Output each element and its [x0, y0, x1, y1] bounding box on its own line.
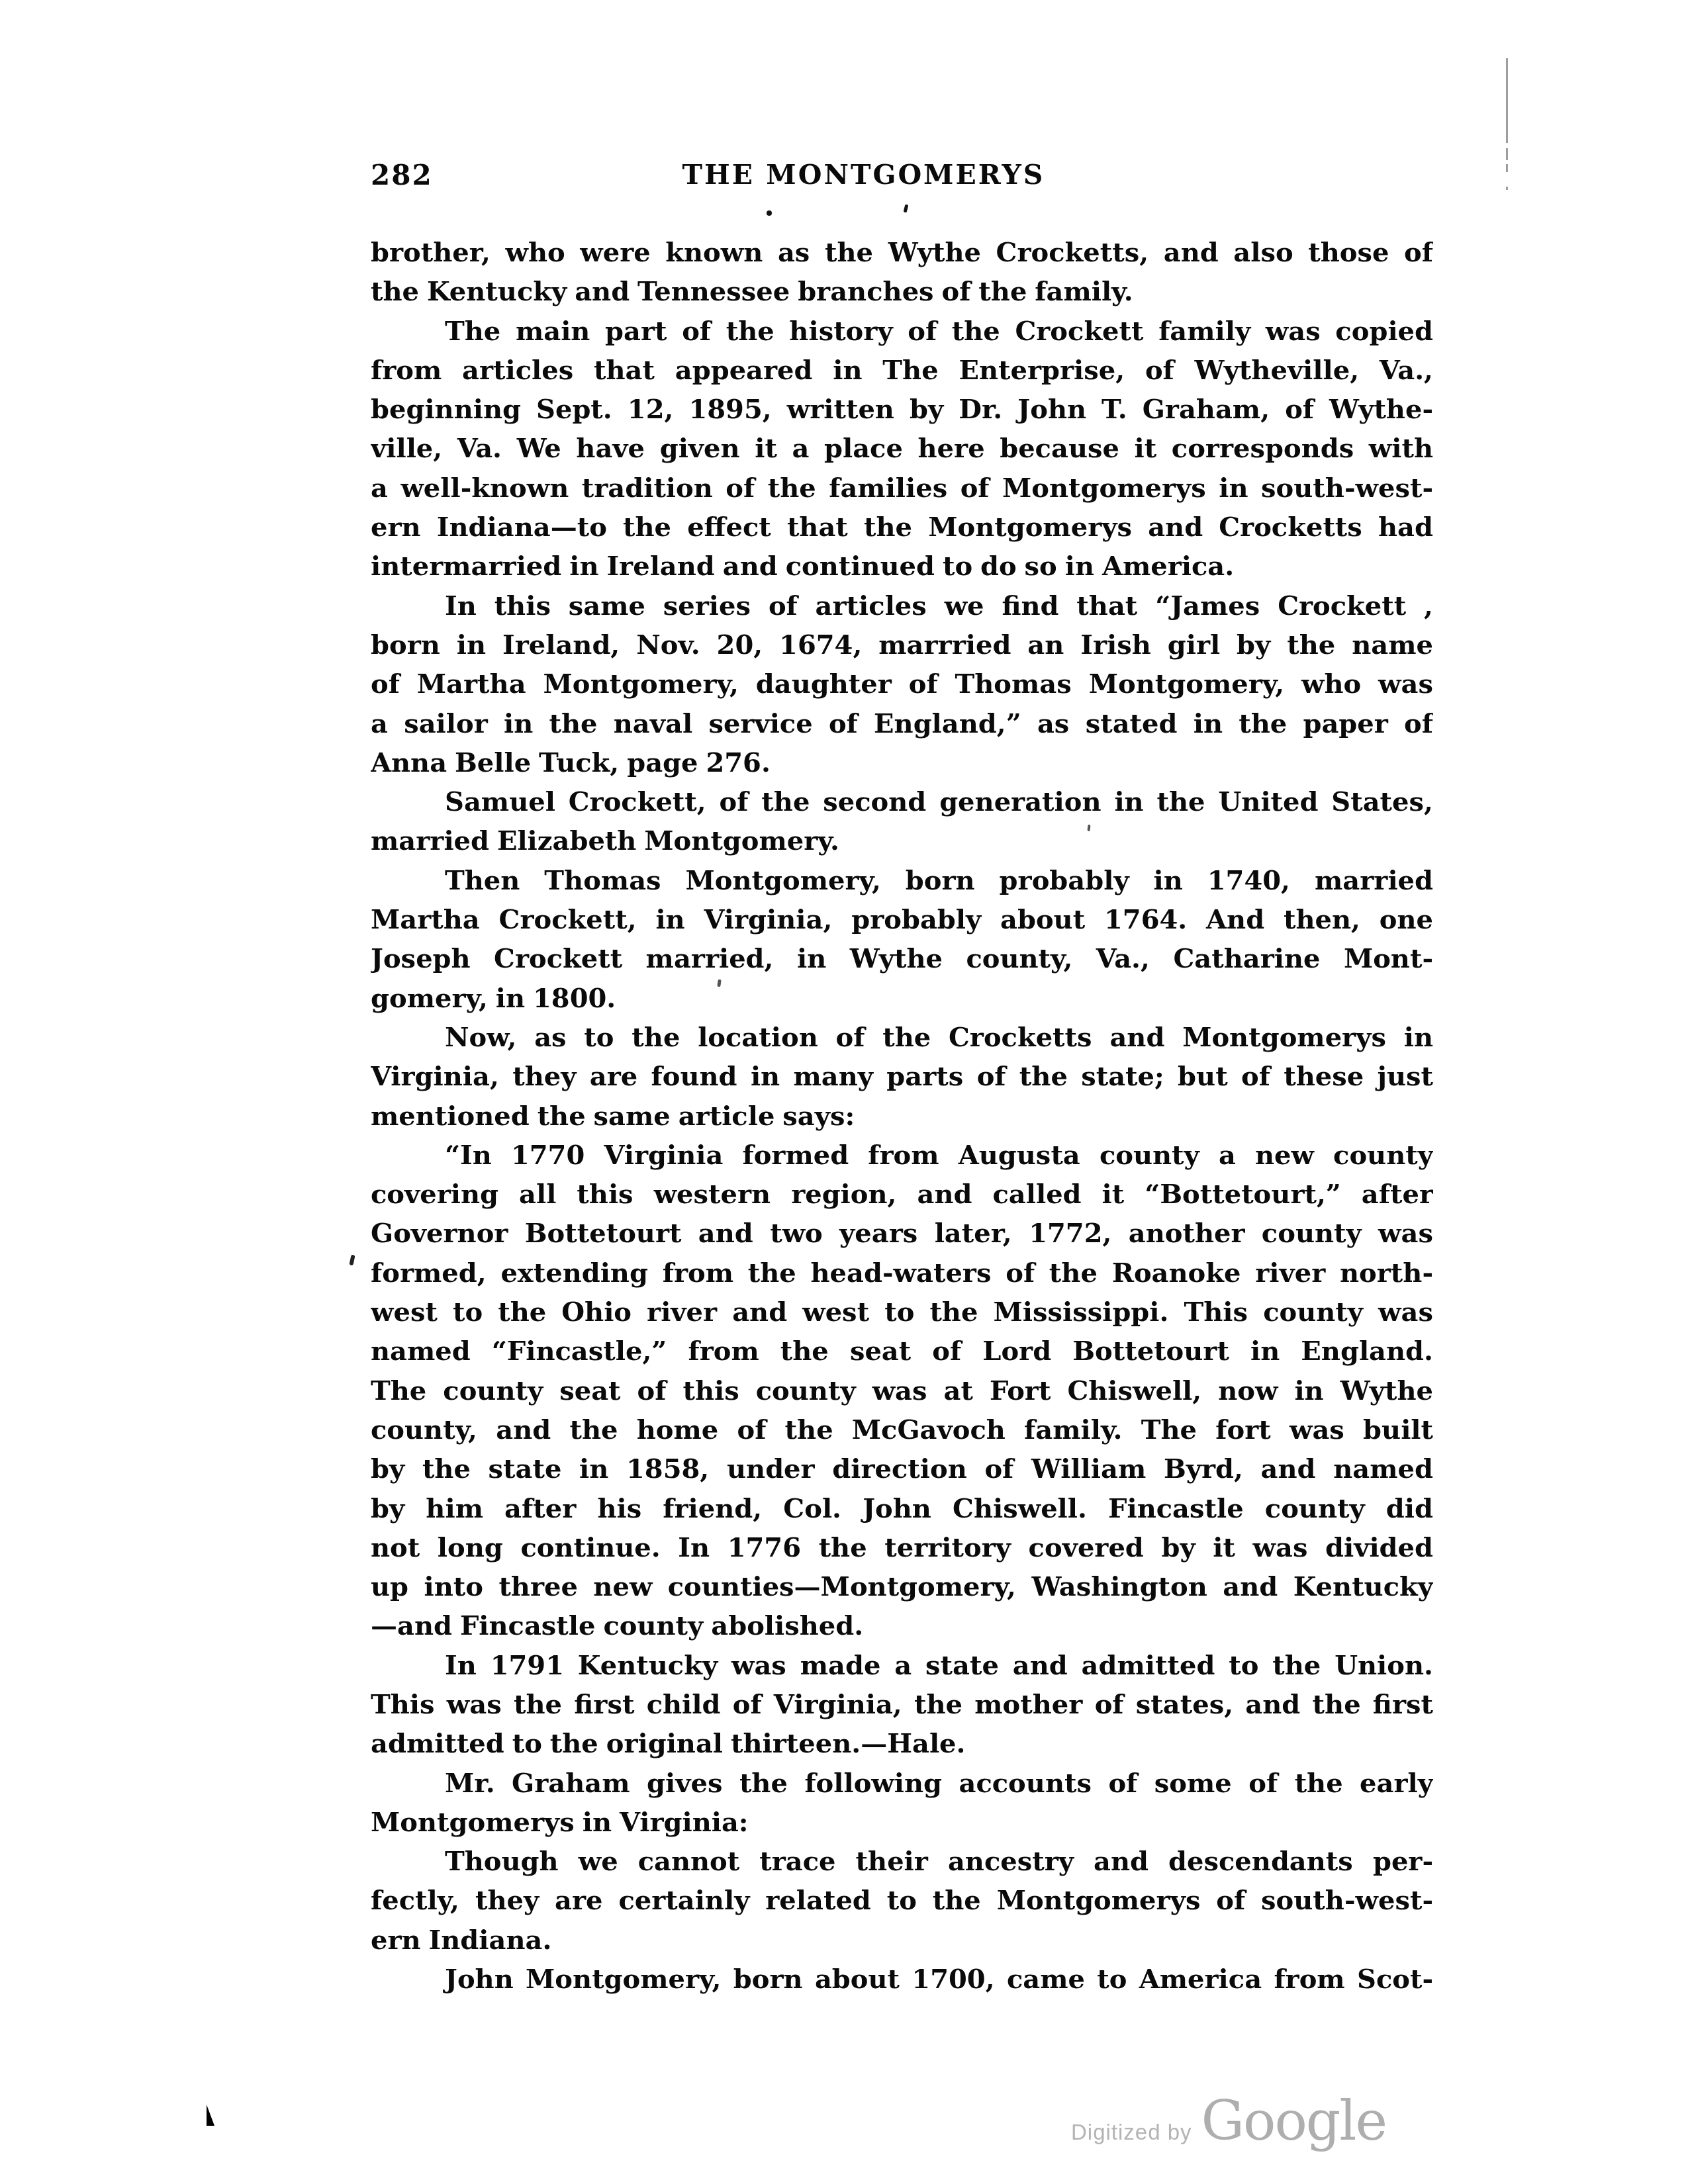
text-line: In 1791 Kentucky was made a state and ad… — [371, 1646, 1433, 1685]
text-line: married Elizabeth Montgomery. — [371, 821, 1433, 860]
text-line: ern Indiana. — [371, 1921, 1433, 1960]
watermark-prefix-label: Digitized by — [1071, 2120, 1192, 2145]
text-line: Governor Bottetourt and two years later,… — [371, 1214, 1433, 1253]
text-line: west to the Ohio river and west to the M… — [371, 1293, 1433, 1332]
text-line: fectly, they are certainly related to th… — [371, 1881, 1433, 1920]
text-line: This was the first child of Virginia, th… — [371, 1685, 1433, 1724]
scan-line-artifact — [1506, 58, 1508, 143]
text-line: admitted to the original thirteen.—Hale. — [371, 1724, 1433, 1763]
text-line: Montgomerys in Virginia: — [371, 1803, 1433, 1842]
scan-line-artifact — [1506, 148, 1508, 160]
text-line: John Montgomery, born about 1700, came t… — [371, 1960, 1433, 1999]
scan-line-artifact — [1506, 187, 1508, 190]
text-line: from articles that appeared in The Enter… — [371, 351, 1433, 390]
text-line: intermarried in Ireland and continued to… — [371, 547, 1433, 586]
body-text: brother, who were known as the Wythe Cro… — [371, 233, 1433, 1999]
text-line: The main part of the history of the Croc… — [371, 312, 1433, 351]
text-line: ville, Va. We have given it a place here… — [371, 429, 1433, 468]
text-line: by the state in 1858, under direction of… — [371, 1449, 1433, 1488]
text-line: Then Thomas Montgomery, born probably in… — [371, 861, 1433, 900]
text-line: In this same series of articles we find … — [371, 586, 1433, 625]
text-line: named “Fincastle,” from the seat of Lord… — [371, 1332, 1433, 1371]
book-page: 282 THE MONTGOMERYS brother, who were kn… — [0, 0, 1688, 2184]
text-line: up into three new counties—Montgomery, W… — [371, 1567, 1433, 1606]
text-line: beginning Sept. 12, 1895, written by Dr.… — [371, 390, 1433, 429]
text-line: Though we cannot trace their ancestry an… — [371, 1842, 1433, 1881]
text-line: a well-known tradition of the families o… — [371, 469, 1433, 508]
text-line: the Kentucky and Tennessee branches of t… — [371, 272, 1433, 311]
text-line: formed, extending from the head-waters o… — [371, 1253, 1433, 1293]
running-title: THE MONTGOMERYS — [332, 159, 1395, 191]
text-line: ern Indiana—to the effect that the Montg… — [371, 508, 1433, 547]
text-line: Now, as to the location of the Crocketts… — [371, 1018, 1433, 1057]
google-logo: Google — [1201, 2090, 1386, 2153]
text-line: “In 1770 Virginia formed from Augusta co… — [371, 1136, 1433, 1175]
text-line: county, and the home of the McGavoch fam… — [371, 1410, 1433, 1449]
text-line: brother, who were known as the Wythe Cro… — [371, 233, 1433, 272]
text-line: Mr. Graham gives the following accounts … — [371, 1764, 1433, 1803]
text-line: born in Ireland, Nov. 20, 1674, marrried… — [371, 625, 1433, 664]
ink-speck — [904, 205, 909, 213]
corner-mark — [207, 2105, 214, 2126]
text-line: of Martha Montgomery, daughter of Thomas… — [371, 664, 1433, 704]
ink-speck — [767, 210, 772, 216]
google-watermark: Digitized by Google — [1071, 2090, 1386, 2153]
text-line: covering all this western region, and ca… — [371, 1175, 1433, 1214]
text-line: The county seat of this county was at Fo… — [371, 1371, 1433, 1410]
ink-speck — [349, 1255, 355, 1266]
text-line: a sailor in the naval service of England… — [371, 704, 1433, 743]
text-line: Anna Belle Tuck, page 276. — [371, 743, 1433, 782]
text-line: —and Fincastle county abolished. — [371, 1606, 1433, 1645]
page-header: 282 THE MONTGOMERYS — [371, 159, 1433, 199]
text-line: not long continue. In 1776 the territory… — [371, 1528, 1433, 1567]
text-line: Joseph Crockett married, in Wythe county… — [371, 939, 1433, 978]
text-line: mentioned the same article says: — [371, 1097, 1433, 1136]
text-line: by him after his friend, Col. John Chisw… — [371, 1489, 1433, 1528]
text-line: Martha Crockett, in Virginia, probably a… — [371, 900, 1433, 939]
text-line: Samuel Crockett, of the second generatio… — [371, 782, 1433, 821]
text-line: Virginia, they are found in many parts o… — [371, 1057, 1433, 1096]
scan-line-artifact — [1506, 164, 1508, 172]
text-line: gomery, in 1800. — [371, 979, 1433, 1018]
